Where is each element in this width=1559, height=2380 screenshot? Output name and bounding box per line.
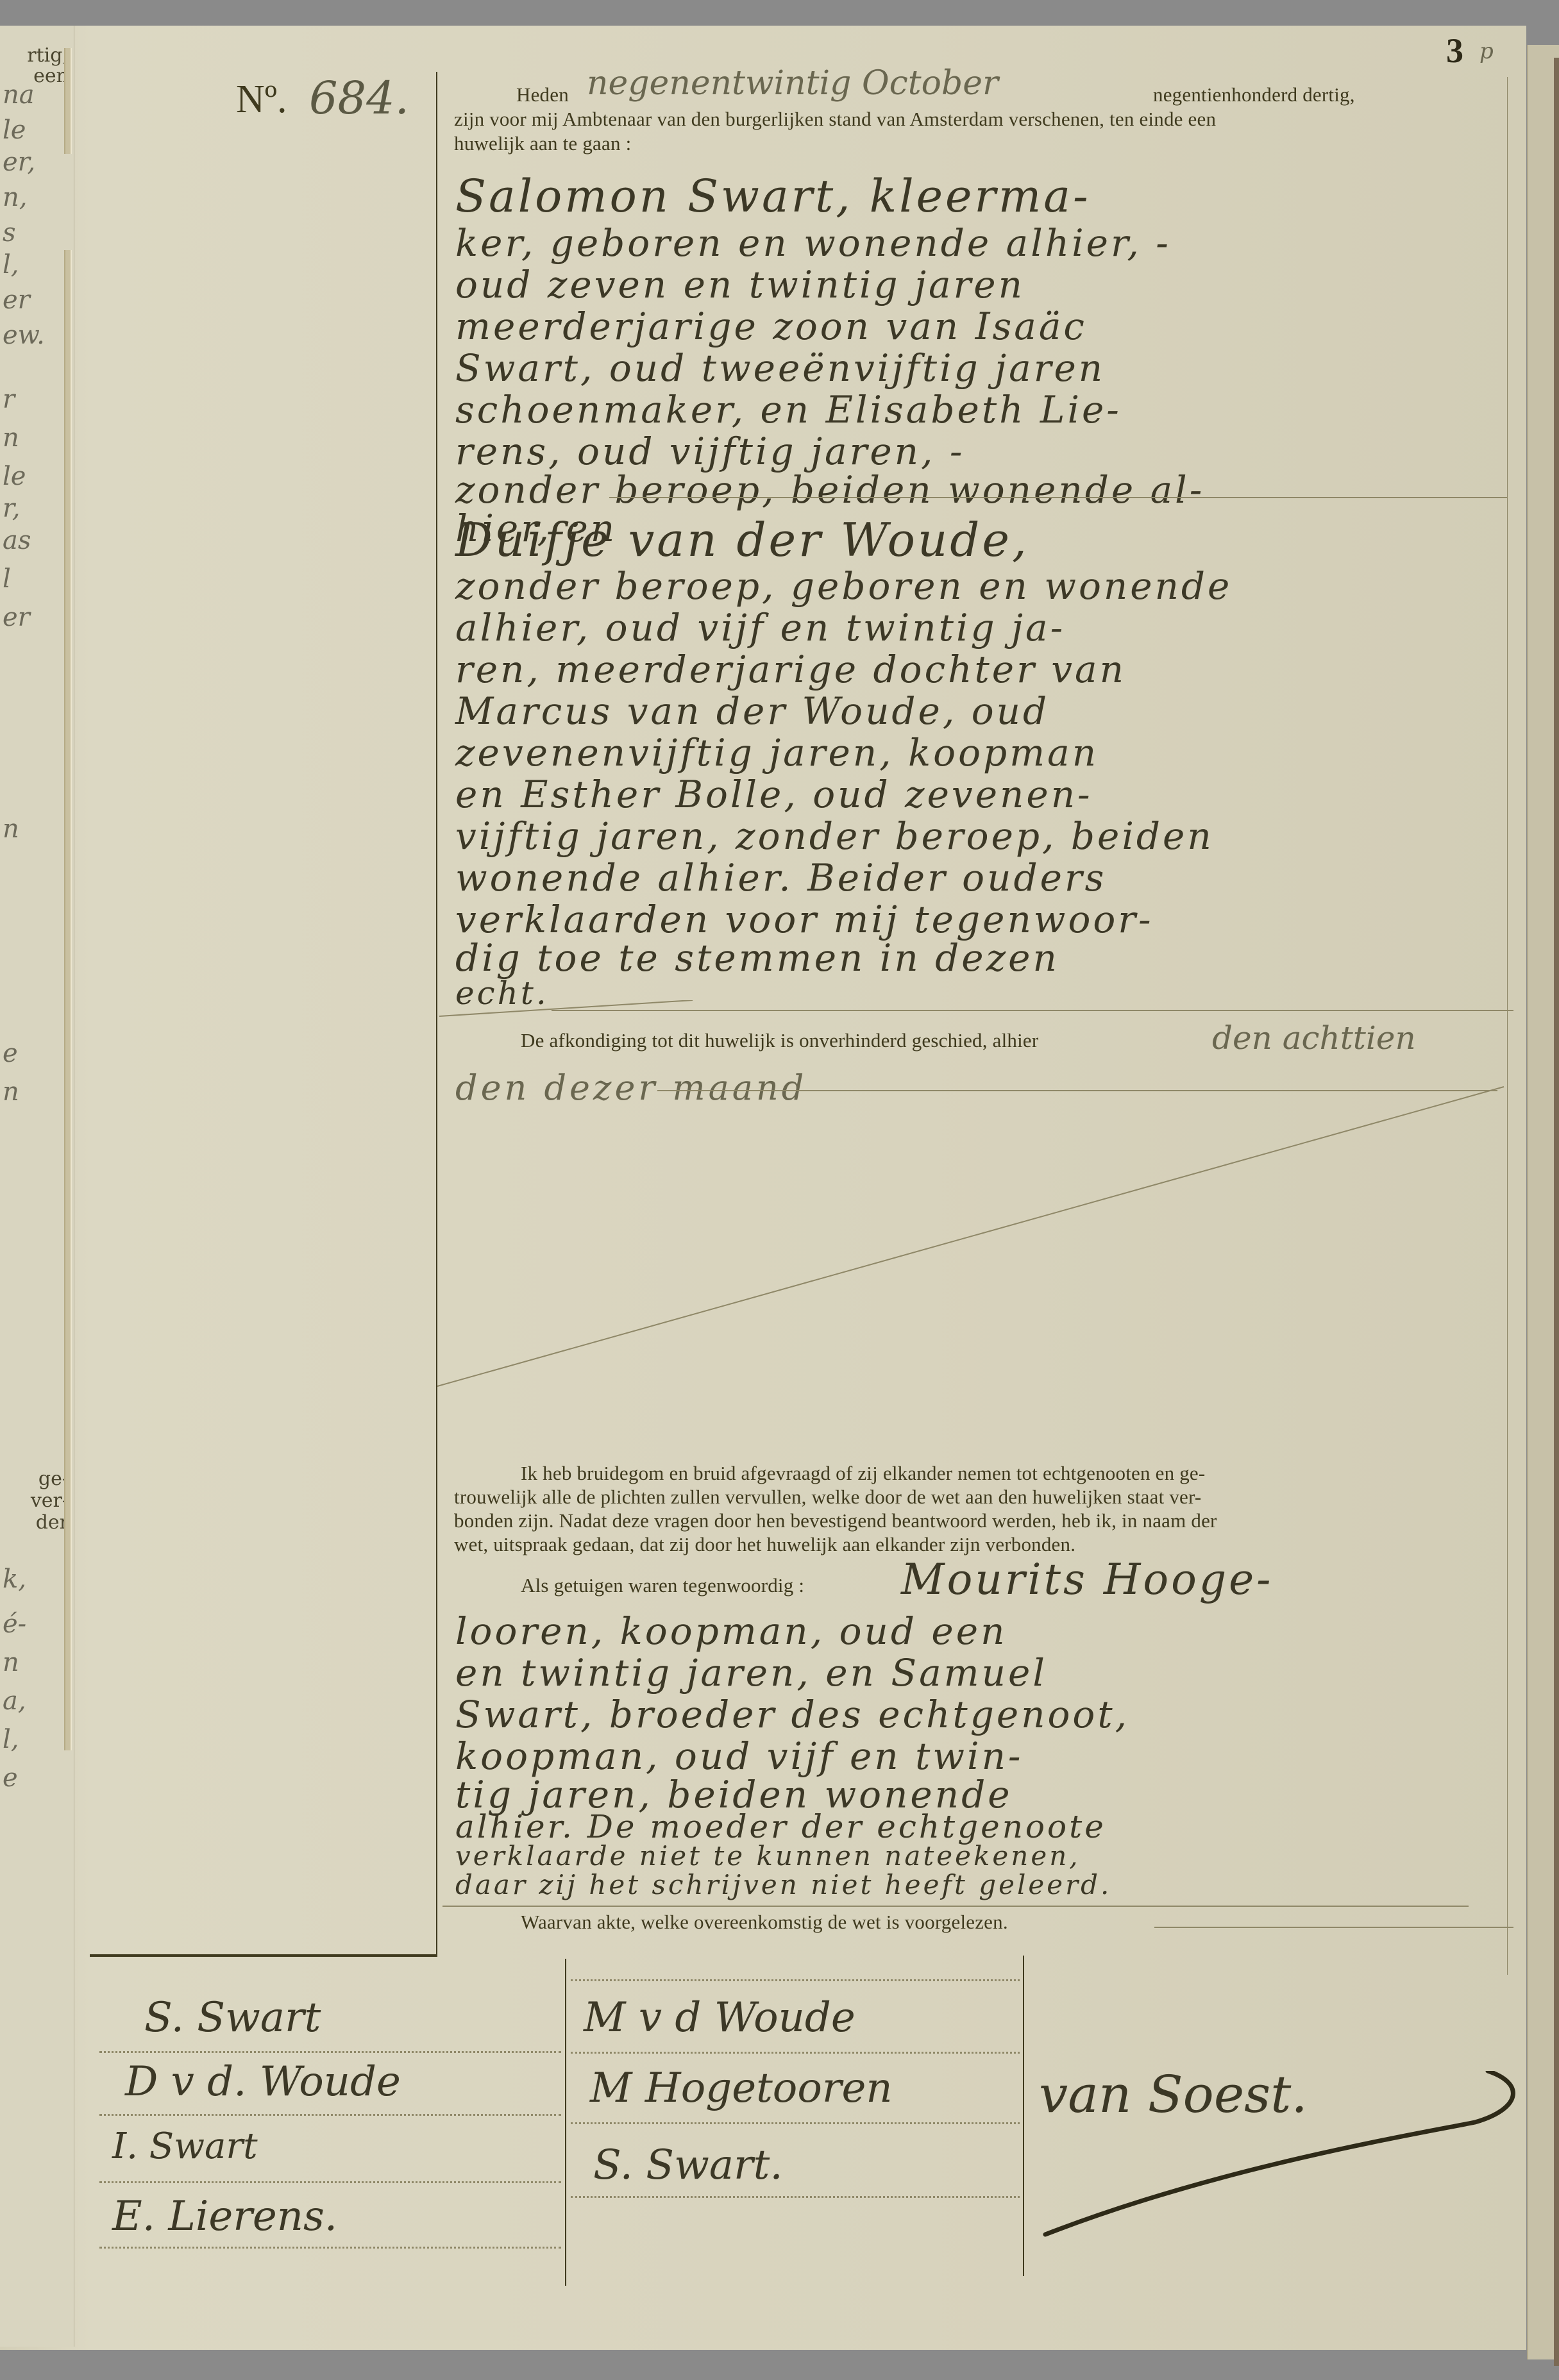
signature-divider (565, 1959, 566, 2286)
entry-line: zevenenvijftig jaren, koopman (455, 731, 1099, 775)
witness-line: verklaarde niet te kunnen nateekenen, (455, 1840, 1081, 1872)
prev-hand: r, (3, 494, 20, 523)
entry-line: rens, oud vijftig jaren, - (455, 430, 965, 473)
prev-hand: l, (3, 1725, 19, 1754)
signature-bride: D v d. Woude (125, 2058, 401, 2106)
act-number-label: Nº. (236, 77, 287, 122)
previous-page-strip: rtig, een ge- ver- der na le er, n, s l,… (0, 26, 74, 2347)
prev-printed-4: ver- (31, 1490, 69, 1512)
handwritten-witness-first: Mourits Hooge- (901, 1555, 1274, 1604)
prev-hand: le (3, 462, 26, 491)
prev-printed-1: rtig, (27, 45, 69, 67)
prev-hand: n (3, 1077, 19, 1107)
printed-proclamation: De afkondiging tot dit huwelijk is onver… (521, 1029, 1038, 1052)
entry-line: oud zeven en twintig jaren (455, 263, 1025, 306)
entry-line: zonder beroep, beiden wonende al- (455, 468, 1204, 512)
prev-hand: as (3, 526, 31, 555)
declaration-line: wet, uitspraak gedaan, dat zij door het … (454, 1533, 1075, 1556)
printed-closing: Waarvan akte, welke overeenkomstig de we… (521, 1911, 1008, 1934)
entry-line: ren, meerderjarige dochter van (455, 648, 1126, 691)
signature-witness-2: S. Swart. (593, 2141, 783, 2189)
prev-hand: e (3, 1763, 18, 1793)
printed-intro-line2: zijn voor mij Ambtenaar van den burgerli… (454, 108, 1216, 131)
declaration-line: bonden zijn. Nadat deze vragen door hen … (454, 1509, 1217, 1532)
entry-line: Marcus van der Woude, oud (455, 689, 1049, 733)
prev-hand: n, (3, 183, 27, 212)
signature-divider (1023, 1956, 1024, 2276)
prev-hand: é- (3, 1609, 26, 1639)
prev-hand: k, (3, 1564, 26, 1594)
entry-line: verklaarden voor mij tegenwoor- (455, 898, 1154, 941)
prev-hand: l (3, 564, 11, 594)
diagonal-cancel-line (436, 1084, 1526, 1417)
fill-line (1154, 1927, 1513, 1928)
printed-witnesses: Als getuigen waren tegenwoordig : (521, 1574, 804, 1597)
entry-line: zonder beroep, geboren en wonende (455, 564, 1232, 608)
signature-line (99, 2051, 561, 2053)
prev-hand: er (3, 285, 30, 315)
prev-hand: n (3, 1648, 19, 1677)
prev-hand: a, (3, 1686, 26, 1716)
signature-mother-groom: E. Lierens. (112, 2193, 337, 2240)
signature-line (571, 2122, 1020, 2124)
binding-stitch (64, 48, 72, 154)
prev-hand: n (3, 423, 19, 453)
prev-hand: na (3, 80, 35, 110)
signature-witness-1: M Hogetooren (590, 2065, 893, 2112)
prev-hand: er (3, 603, 30, 632)
signature-line (99, 2181, 561, 2183)
witness-line: en twintig jaren, en Samuel (455, 1651, 1047, 1695)
entry-line: wonende alhier. Beider ouders (455, 856, 1106, 900)
entry-line: en Esther Bolle, oud zevenen- (455, 773, 1093, 816)
printed-year: negentienhonderd dertig, (1153, 83, 1355, 106)
prev-hand: er, (3, 147, 35, 177)
signature-line (99, 2114, 561, 2116)
entry-line: Duifje van der Woude, (455, 513, 1029, 567)
signature-line (571, 1979, 1020, 1981)
prev-hand: s (3, 218, 16, 247)
margin-box-bottom (90, 1954, 436, 1957)
entry-line: alhier, oud vijf en twintig ja- (455, 606, 1065, 649)
witness-line: looren, koopman, oud een (455, 1609, 1007, 1653)
signature-father-groom: I. Swart (112, 2125, 258, 2167)
prev-hand: r (3, 385, 15, 414)
witness-line: Swart, broeder des echtgenoot, (455, 1693, 1129, 1736)
signature-line (571, 2196, 1020, 2198)
printed-heden: Heden (516, 83, 569, 106)
entry-line: Salomon Swart, kleerma- (455, 170, 1091, 222)
entry-line: Swart, oud tweeënvijftig jaren (455, 346, 1105, 390)
prev-hand: n (3, 814, 19, 844)
officiant-flourish (1026, 2071, 1526, 2250)
entry-line: meerderjarige zoon van Isaäc (455, 305, 1087, 348)
witness-line: koopman, oud vijf en twin- (455, 1734, 1024, 1778)
entry-line: schoenmaker, en Elisabeth Lie- (455, 388, 1122, 432)
fill-line (609, 497, 1507, 498)
signature-father-bride: M v d Woude (584, 1994, 855, 2041)
printed-intro-line3: huwelijk aan te gaan : (454, 132, 631, 155)
binding-stitch (64, 250, 72, 1750)
page-number: 3 (1446, 31, 1463, 71)
entry-line: vijftig jaren, zonder beroep, beiden (455, 814, 1214, 858)
book-cover-edge (1554, 58, 1559, 2366)
prev-printed-2: een (33, 65, 69, 87)
signature-line (99, 2247, 561, 2249)
prev-hand: le (3, 115, 26, 145)
signature-groom: S. Swart (144, 1994, 321, 2041)
prev-hand: e (3, 1039, 18, 1068)
prev-hand: ew. (3, 321, 45, 350)
declaration-line: trouwelijk alle de plichten zullen vervu… (454, 1486, 1201, 1509)
signature-line (571, 2052, 1020, 2054)
act-number: 684. (309, 72, 409, 124)
witness-line: daar zij het schrijven niet heeft geleer… (455, 1869, 1111, 1900)
handwritten-date: negenentwintig October (587, 64, 999, 103)
page-number-mark: p (1479, 38, 1494, 64)
fill-line (442, 1906, 1469, 1907)
prev-hand: l, (3, 250, 19, 280)
entry-line: ker, geboren en wonende alhier, - (455, 221, 1171, 265)
handwritten-proclamation-1: den achttien (1212, 1019, 1416, 1057)
entry-line: dig toe te stemmen in dezen (455, 936, 1059, 980)
declaration-line: Ik heb bruidegom en bruid afgevraagd of … (521, 1462, 1205, 1485)
